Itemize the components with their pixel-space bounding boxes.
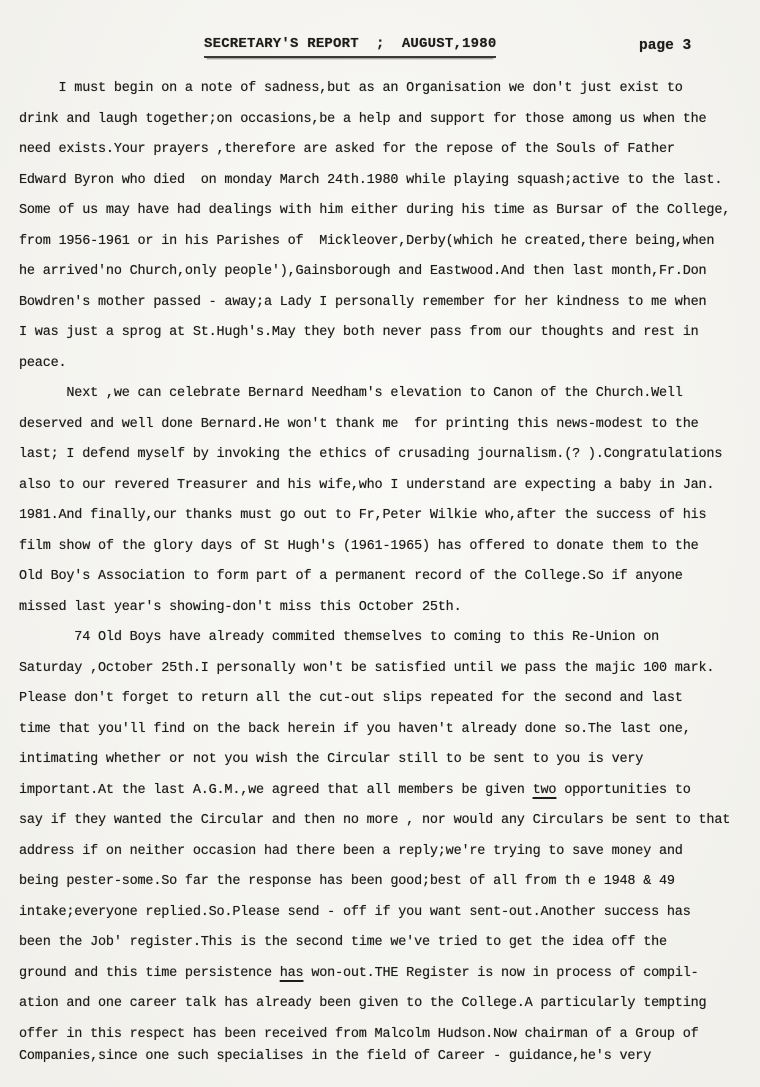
text-line: also to our revered Treasurer and his wi… bbox=[19, 471, 755, 502]
text-line: say if they wanted the Circular and then… bbox=[19, 806, 755, 837]
text-line: Please don't forget to return all the cu… bbox=[19, 684, 755, 715]
text-segment: he arrived'no Church,only people'),Gains… bbox=[19, 264, 706, 279]
text-line: important.At the last A.G.M.,we agreed t… bbox=[19, 776, 755, 807]
text-line: I must begin on a note of sadness,but as… bbox=[19, 74, 755, 105]
text-line: intake;everyone replied.So.Please send -… bbox=[19, 898, 755, 929]
text-line: film show of the glory days of St Hugh's… bbox=[19, 532, 755, 563]
report-title: SECRETARY'S REPORT ; AUGUST,1980 bbox=[204, 36, 496, 58]
text-line: missed last year's showing-don't miss th… bbox=[19, 593, 755, 624]
document-page: SECRETARY'S REPORT ; AUGUST,1980 page 3 … bbox=[0, 0, 760, 1087]
text-segment: missed last year's showing-don't miss th… bbox=[19, 600, 461, 615]
text-segment: deserved and well done Bernard.He won't … bbox=[19, 417, 699, 432]
text-line: 1981.And finally,our thanks must go out … bbox=[19, 501, 755, 532]
text-line: Next ,we can celebrate Bernard Needham's… bbox=[19, 379, 755, 410]
text-segment: address if on neither occasion had there… bbox=[19, 844, 683, 859]
text-line: being pester-some.So far the response ha… bbox=[19, 867, 755, 898]
text-line: Edward Byron who died on monday March 24… bbox=[19, 166, 755, 197]
text-segment: Old Boy's Association to form part of a … bbox=[19, 569, 683, 584]
text-segment: important.At the last A.G.M.,we agreed t… bbox=[19, 783, 533, 798]
text-segment: offer in this respect has been received … bbox=[19, 1027, 699, 1042]
text-line: been the Job' register.This is the secon… bbox=[19, 928, 755, 959]
text-line: ground and this time persistence has won… bbox=[19, 959, 755, 990]
text-segment: say if they wanted the Circular and then… bbox=[19, 813, 730, 828]
text-segment: I was just a sprog at St.Hugh's.May they… bbox=[19, 325, 699, 340]
text-segment: 1981.And finally,our thanks must go out … bbox=[19, 508, 706, 523]
text-segment: ground and this time persistence bbox=[19, 966, 280, 981]
text-segment: from 1956-1961 or in his Parishes of Mic… bbox=[19, 234, 714, 249]
text-line: deserved and well done Bernard.He won't … bbox=[19, 410, 755, 441]
text-segment: film show of the glory days of St Hugh's… bbox=[19, 539, 699, 554]
text-segment: last; I defend myself by invoking the et… bbox=[19, 447, 722, 462]
text-segment: 74 Old Boys have already commited themse… bbox=[19, 630, 659, 645]
text-line: ation and one career talk has already be… bbox=[19, 989, 755, 1020]
underlined-text: two bbox=[533, 783, 557, 798]
text-segment: won-out.THE Register is now in process o… bbox=[303, 966, 698, 981]
text-segment: Saturday ,October 25th.I personally won'… bbox=[19, 661, 714, 676]
text-segment: being pester-some.So far the response ha… bbox=[19, 874, 675, 889]
text-segment: intake;everyone replied.So.Please send -… bbox=[19, 905, 691, 920]
document-header: SECRETARY'S REPORT ; AUGUST,1980 page 3 bbox=[0, 36, 760, 70]
page-number: page 3 bbox=[639, 38, 691, 54]
text-line: need exists.Your prayers ,therefore are … bbox=[19, 135, 755, 166]
text-segment: Companies,since one such specialises in … bbox=[19, 1049, 651, 1064]
text-line: Some of us may have had dealings with hi… bbox=[19, 196, 755, 227]
text-segment: Next ,we can celebrate Bernard Needham's… bbox=[19, 386, 683, 401]
text-segment: drink and laugh together;on occasions,be… bbox=[19, 112, 706, 127]
text-segment: Bowdren's mother passed - away;a Lady I … bbox=[19, 295, 706, 310]
document-body: I must begin on a note of sadness,but as… bbox=[19, 74, 755, 1073]
text-segment: Please don't forget to return all the cu… bbox=[19, 691, 683, 706]
text-line: time that you'll find on the back herein… bbox=[19, 715, 755, 746]
text-segment: peace. bbox=[19, 356, 66, 371]
text-line: drink and laugh together;on occasions,be… bbox=[19, 105, 755, 136]
text-segment: also to our revered Treasurer and his wi… bbox=[19, 478, 714, 493]
text-line: he arrived'no Church,only people'),Gains… bbox=[19, 257, 755, 288]
text-line: 74 Old Boys have already commited themse… bbox=[19, 623, 755, 654]
text-line: Saturday ,October 25th.I personally won'… bbox=[19, 654, 755, 685]
text-segment: ation and one career talk has already be… bbox=[19, 996, 706, 1011]
text-segment: been the Job' register.This is the secon… bbox=[19, 935, 667, 950]
text-segment: I must begin on a note of sadness,but as… bbox=[19, 81, 683, 96]
text-line: last; I defend myself by invoking the et… bbox=[19, 440, 755, 471]
text-segment: opportunities to bbox=[556, 783, 690, 798]
underlined-text: has bbox=[280, 966, 304, 981]
text-line: Companies,since one such specialises in … bbox=[19, 1042, 755, 1073]
text-line: Old Boy's Association to form part of a … bbox=[19, 562, 755, 593]
text-line: from 1956-1961 or in his Parishes of Mic… bbox=[19, 227, 755, 258]
text-line: intimating whether or not you wish the C… bbox=[19, 745, 755, 776]
text-segment: Some of us may have had dealings with hi… bbox=[19, 203, 730, 218]
text-line: address if on neither occasion had there… bbox=[19, 837, 755, 868]
text-line: peace. bbox=[19, 349, 755, 380]
text-line: Bowdren's mother passed - away;a Lady I … bbox=[19, 288, 755, 319]
text-segment: time that you'll find on the back herein… bbox=[19, 722, 691, 737]
text-line: I was just a sprog at St.Hugh's.May they… bbox=[19, 318, 755, 349]
text-segment: intimating whether or not you wish the C… bbox=[19, 752, 643, 767]
text-segment: need exists.Your prayers ,therefore are … bbox=[19, 142, 675, 157]
text-segment: Edward Byron who died on monday March 24… bbox=[19, 173, 722, 188]
